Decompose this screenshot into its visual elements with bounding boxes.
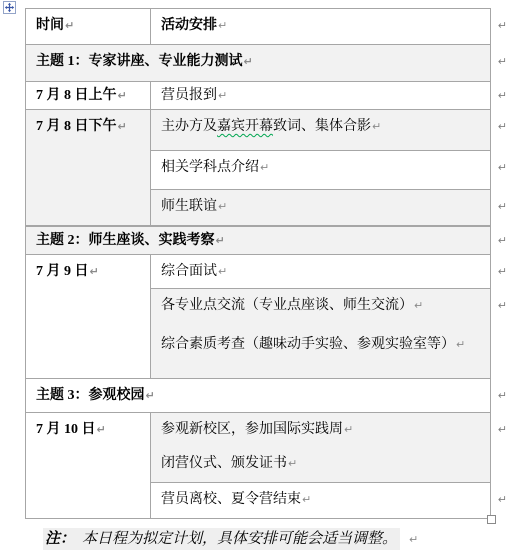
jul8-pm-activity3-cell[interactable]: 师生联谊↵ ↵	[151, 190, 490, 225]
jul9-activity2-cell[interactable]: 各专业点交流（专业点座谈、师生交流）↵ 综合素质考查（趣味动手实验、参观实验室等…	[151, 289, 490, 378]
paragraph-mark-icon: ↵	[409, 533, 418, 546]
jul9-activity2-paragraph2: 综合素质考查（趣味动手实验、参观实验室等）↵	[161, 335, 488, 354]
section3-row: 主题 3：参观校园↵ ↵	[26, 379, 490, 413]
jul9-time: 7 月 9 日	[36, 264, 89, 279]
end-of-row-mark-icon: ↵	[498, 197, 507, 216]
paragraph-mark-icon: ↵	[216, 234, 225, 247]
header-time-label: 时间	[36, 18, 64, 33]
section3-title: 主题 3：参观校园	[36, 388, 145, 403]
jul10-activity1-paragraph2: 闭营仪式、颁发证书↵	[161, 454, 488, 473]
end-of-row-mark-icon: ↵	[498, 296, 507, 315]
header-activity-label: 活动安排	[161, 18, 217, 33]
end-of-row-mark-icon: ↵	[498, 420, 507, 439]
paragraph-mark-icon: ↵	[65, 19, 74, 32]
table-header-row: 时间↵ 活动安排↵ ↵	[26, 9, 490, 45]
jul9-activity-column: 综合面试↵ ↵ 各专业点交流（专业点座谈、师生交流）↵ 综合素质考查（趣味动手实…	[151, 255, 490, 378]
jul9-activity2-paragraph1: 各专业点交流（专业点座谈、师生交流）↵	[161, 296, 488, 315]
paragraph-mark-icon: ↵	[260, 161, 269, 174]
jul8-pm-activity1-cell[interactable]: 主办方及嘉宾开幕致词、集体合影↵ ↵	[151, 110, 490, 151]
paragraph-mark-icon: ↵	[372, 120, 381, 133]
paragraph-mark-icon: ↵	[344, 423, 353, 436]
paragraph-mark-icon: ↵	[90, 265, 99, 278]
footnote-highlight: 注：本日程为拟定计划，具体安排可能会适当调整。	[43, 528, 400, 550]
section1-cell[interactable]: 主题 1：专家讲座、专业能力测试↵	[26, 45, 490, 81]
jul10-time-cell[interactable]: 7 月 10 日↵	[26, 413, 151, 518]
end-of-row-mark-icon: ↵	[498, 16, 507, 35]
jul8-pm-row-group: 7 月 8 日下午↵ 主办方及嘉宾开幕致词、集体合影↵ ↵ 相关学科点介绍↵ ↵…	[26, 110, 490, 227]
jul8-pm-activity3-text: 师生联谊	[161, 199, 217, 214]
paragraph-mark-icon: ↵	[456, 338, 465, 351]
header-cell-time[interactable]: 时间↵	[26, 9, 151, 44]
footnote-label: 注：	[45, 531, 75, 547]
section3-cell[interactable]: 主题 3：参观校园↵	[26, 379, 490, 412]
jul8-pm-activity2-cell[interactable]: 相关学科点介绍↵ ↵	[151, 151, 490, 189]
jul8-am-time: 7 月 8 日上午	[36, 88, 117, 103]
table-resize-handle[interactable]	[487, 515, 496, 524]
jul9-time-cell[interactable]: 7 月 9 日↵	[26, 255, 151, 378]
jul10-activity2-text: 营员离校、夏令营结束	[161, 492, 301, 507]
jul10-time: 7 月 10 日	[36, 422, 96, 437]
paragraph-mark-icon: ↵	[244, 55, 253, 68]
section2-title: 主题 2：师生座谈、实践考察	[36, 233, 215, 248]
jul9-activity1-cell[interactable]: 综合面试↵ ↵	[151, 255, 490, 289]
jul8-pm-activity-column: 主办方及嘉宾开幕致词、集体合影↵ ↵ 相关学科点介绍↵ ↵ 师生联谊↵ ↵	[151, 110, 490, 225]
jul8-pm-activity2-text: 相关学科点介绍	[161, 160, 259, 175]
end-of-row-mark-icon: ↵	[498, 52, 507, 71]
section2-cell[interactable]: 主题 2：师生座谈、实践考察↵	[26, 227, 490, 254]
paragraph-mark-icon: ↵	[302, 493, 311, 506]
jul10-activity-column: 参观新校区，参加国际实践周↵ 闭营仪式、颁发证书↵ ↵ 营员离校、夏令营结束↵ …	[151, 413, 490, 518]
jul10-activity2-cell[interactable]: 营员离校、夏令营结束↵ ↵	[151, 483, 490, 518]
jul9-row-group: 7 月 9 日↵ 综合面试↵ ↵ 各专业点交流（专业点座谈、师生交流）↵ 综合素…	[26, 255, 490, 379]
section2-row: 主题 2：师生座谈、实践考察↵ ↵	[26, 227, 490, 255]
paragraph-mark-icon: ↵	[118, 120, 127, 133]
paragraph-mark-icon: ↵	[97, 423, 106, 436]
jul8-pm-time: 7 月 8 日下午	[36, 119, 117, 134]
paragraph-mark-icon: ↵	[288, 457, 297, 470]
jul9-activity1-text: 综合面试	[161, 264, 217, 279]
paragraph-mark-icon: ↵	[146, 389, 155, 402]
jul10-activity1-paragraph1: 参观新校区，参加国际实践周↵	[161, 420, 488, 439]
end-of-row-mark-icon: ↵	[498, 86, 507, 105]
paragraph-mark-icon: ↵	[218, 265, 227, 278]
paragraph-mark-icon: ↵	[118, 89, 127, 102]
jul10-activity1-cell[interactable]: 参观新校区，参加国际实践周↵ 闭营仪式、颁发证书↵ ↵	[151, 413, 490, 483]
end-of-row-mark-icon: ↵	[498, 490, 507, 509]
section1-row: 主题 1：专家讲座、专业能力测试↵ ↵	[26, 45, 490, 82]
end-of-row-mark-icon: ↵	[498, 117, 507, 136]
table-move-handle-icon[interactable]	[3, 1, 16, 14]
paragraph-mark-icon: ↵	[218, 89, 227, 102]
schedule-table: 时间↵ 活动安排↵ ↵ 主题 1：专家讲座、专业能力测试↵ ↵ 7 月 8 日上…	[25, 8, 491, 519]
spellcheck-wavy-underline: 嘉宾开幕	[217, 119, 273, 134]
end-of-row-mark-icon: ↵	[498, 231, 507, 250]
end-of-row-mark-icon: ↵	[498, 262, 507, 281]
jul8-am-row: 7 月 8 日上午↵ 营员报到↵ ↵	[26, 82, 490, 110]
paragraph-mark-icon: ↵	[218, 200, 227, 213]
header-cell-activity[interactable]: 活动安排↵	[151, 9, 490, 44]
jul8-pm-activity1-text: 主办方及嘉宾开幕致词、集体合影	[161, 119, 371, 134]
word-document-page: { "marks": { "pilcrow": "↵" }, "table": …	[0, 0, 511, 559]
jul10-row-group: 7 月 10 日↵ 参观新校区，参加国际实践周↵ 闭营仪式、颁发证书↵ ↵ 营员…	[26, 413, 490, 518]
jul8-am-activity-cell[interactable]: 营员报到↵	[151, 82, 490, 109]
footnote-text: 本日程为拟定计划，具体安排可能会适当调整。	[82, 531, 397, 547]
jul8-am-activity: 营员报到	[161, 88, 217, 103]
paragraph-mark-icon: ↵	[218, 19, 227, 32]
section1-title: 主题 1：专家讲座、专业能力测试	[36, 54, 243, 69]
jul8-pm-time-cell[interactable]: 7 月 8 日下午↵	[26, 110, 151, 225]
paragraph-mark-icon: ↵	[414, 299, 423, 312]
end-of-row-mark-icon: ↵	[498, 158, 507, 177]
jul8-am-time-cell[interactable]: 7 月 8 日上午↵	[26, 82, 151, 109]
footnote: 注：本日程为拟定计划，具体安排可能会适当调整。↵	[43, 530, 418, 549]
end-of-row-mark-icon: ↵	[498, 386, 507, 405]
